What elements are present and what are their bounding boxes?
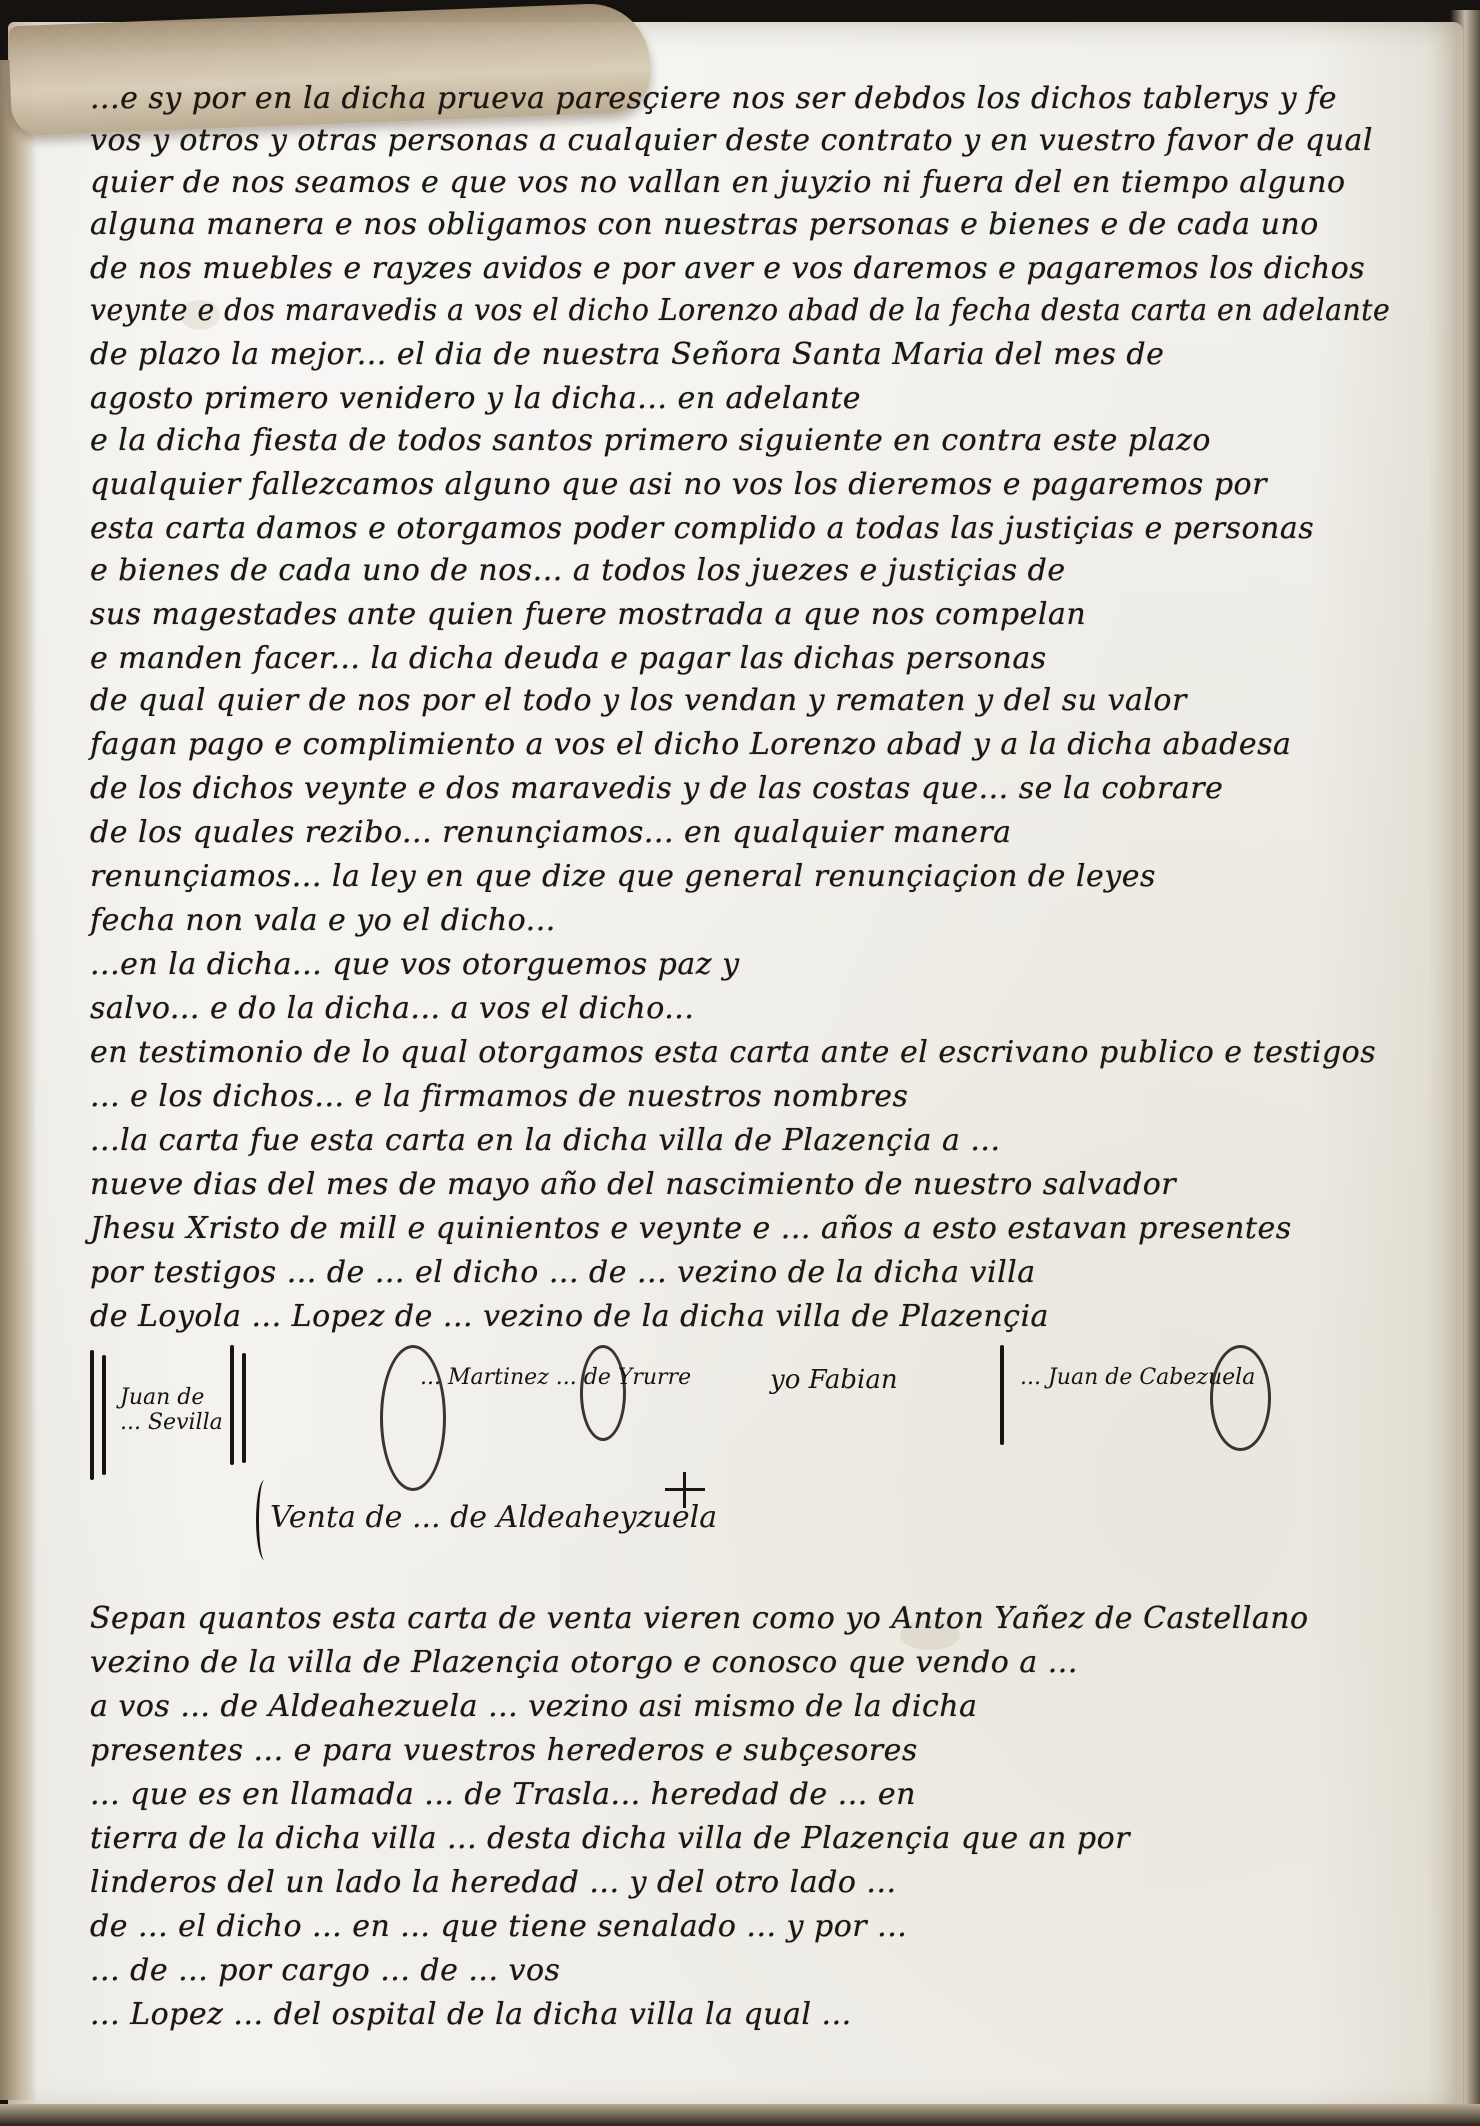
deed-line: de ... el dicho ... en ... que tiene sen… [90,1908,907,1946]
deed-line: ...e sy por en la dicha prueva paresçier… [90,80,1337,118]
deed-line: e la dicha fiesta de todos santos primer… [90,422,1211,460]
signature-2: ... Martinez ... de Yrurre [320,1345,640,1495]
deed-line: qualquier fallezcamos alguno que asi no … [90,466,1267,504]
deed-line: vezino de la villa de Plazençia otorgo e… [90,1644,1078,1682]
deed-line: en testimonio de lo qual otorgamos esta … [90,1034,1376,1072]
page-right-edge [1450,10,1480,2110]
deed-line: por testigos ... de ... el dicho ... de … [90,1254,1036,1292]
deed-1-text: ...e sy por en la dicha prueva paresçier… [90,80,1410,1360]
deed-line: salvo... e do la dicha... a vos el dicho… [90,990,694,1028]
deed-line: vos y otros y otras personas a cualquier… [90,122,1373,160]
deed-line: de nos muebles e rayzes avidos e por ave… [90,250,1365,288]
deed-line: tierra de la dicha villa ... desta dicha… [90,1820,1130,1858]
signature-label: yo Fabian [770,1365,898,1395]
deed-line: a vos ... de Aldeahezuela ... vezino asi… [90,1688,977,1726]
deed-line: de plazo la mejor... el dia de nuestra S… [90,336,1164,374]
section-heading: Venta de ... de Aldeaheyzuela [270,1500,717,1535]
deed-line: alguna manera e nos obligamos con nuestr… [90,206,1319,244]
deed-line: ... que es en llamada ... de Trasla... h… [90,1776,916,1814]
deed-line: ...en la dicha... que vos otorguemos paz… [90,946,740,984]
deed-line: de Loyola ... Lopez de ... vezino de la … [90,1298,1049,1336]
deed-line: linderos del un lado la heredad ... y de… [90,1864,897,1902]
deed-2-text: Sepan quantos esta carta de venta vieren… [90,1600,1410,2120]
deed-line: e bienes de cada uno de nos... a todos l… [90,552,1066,590]
deed-line: renunçiamos... la ley en que dize que ge… [90,858,1156,896]
deed-line: ... de ... por cargo ... de ... vos [90,1952,560,1990]
deed-line: de los quales rezibo... renunçiamos... e… [90,814,1012,852]
deed-line: quier de nos seamos e que vos no vallan … [90,164,1346,202]
signature-4: ... Juan de Cabezuela [960,1345,1280,1475]
deed-line: e manden facer... la dicha deuda e pagar… [90,640,1047,678]
deed-line: de los dichos veynte e dos maravedis y d… [90,770,1223,808]
signature-label: ... Juan de Cabezuela [1020,1365,1255,1390]
deed-line: fagan pago e complimiento a vos el dicho… [90,726,1291,764]
deed-line: de qual quier de nos por el todo y los v… [90,682,1187,720]
deed-line: sus magestades ante quien fuere mostrada… [90,596,1086,634]
deed-line: presentes ... e para vuestros herederos … [90,1732,918,1770]
page-left-edge [0,60,36,2100]
deed-line: fecha non vala e yo el dicho... [90,902,556,940]
deed-line: agosto primero venidero y la dicha... en… [90,380,861,418]
deed-line: ... e los dichos... e la firmamos de nue… [90,1078,908,1116]
signature-1: Juan de ... Sevilla [80,1345,270,1485]
deed-line: Jhesu Xristo de mill e quinientos e veyn… [90,1210,1292,1248]
deed-line: esta carta damos e otorgamos poder compl… [90,510,1314,548]
signature-label: ... Martinez ... de Yrurre [420,1365,691,1390]
scanned-page: ...e sy por en la dicha prueva paresçier… [0,0,1480,2126]
deed-line: veynte e dos maravedis a vos el dicho Lo… [90,292,1390,330]
signature-3: yo Fabian [760,1345,940,1445]
deed-line: ...la carta fue esta carta en la dicha v… [90,1122,1001,1160]
deed-line: Sepan quantos esta carta de venta vieren… [90,1600,1309,1638]
deed-line: ... Lopez ... del ospital de la dicha vi… [90,1996,852,2034]
deed-line: nueve dias del mes de mayo año del nasci… [90,1166,1176,1204]
signatures-row: Juan de ... Sevilla ... Martinez ... de … [60,1345,1360,1495]
signature-label: Juan de ... Sevilla [120,1385,230,1435]
